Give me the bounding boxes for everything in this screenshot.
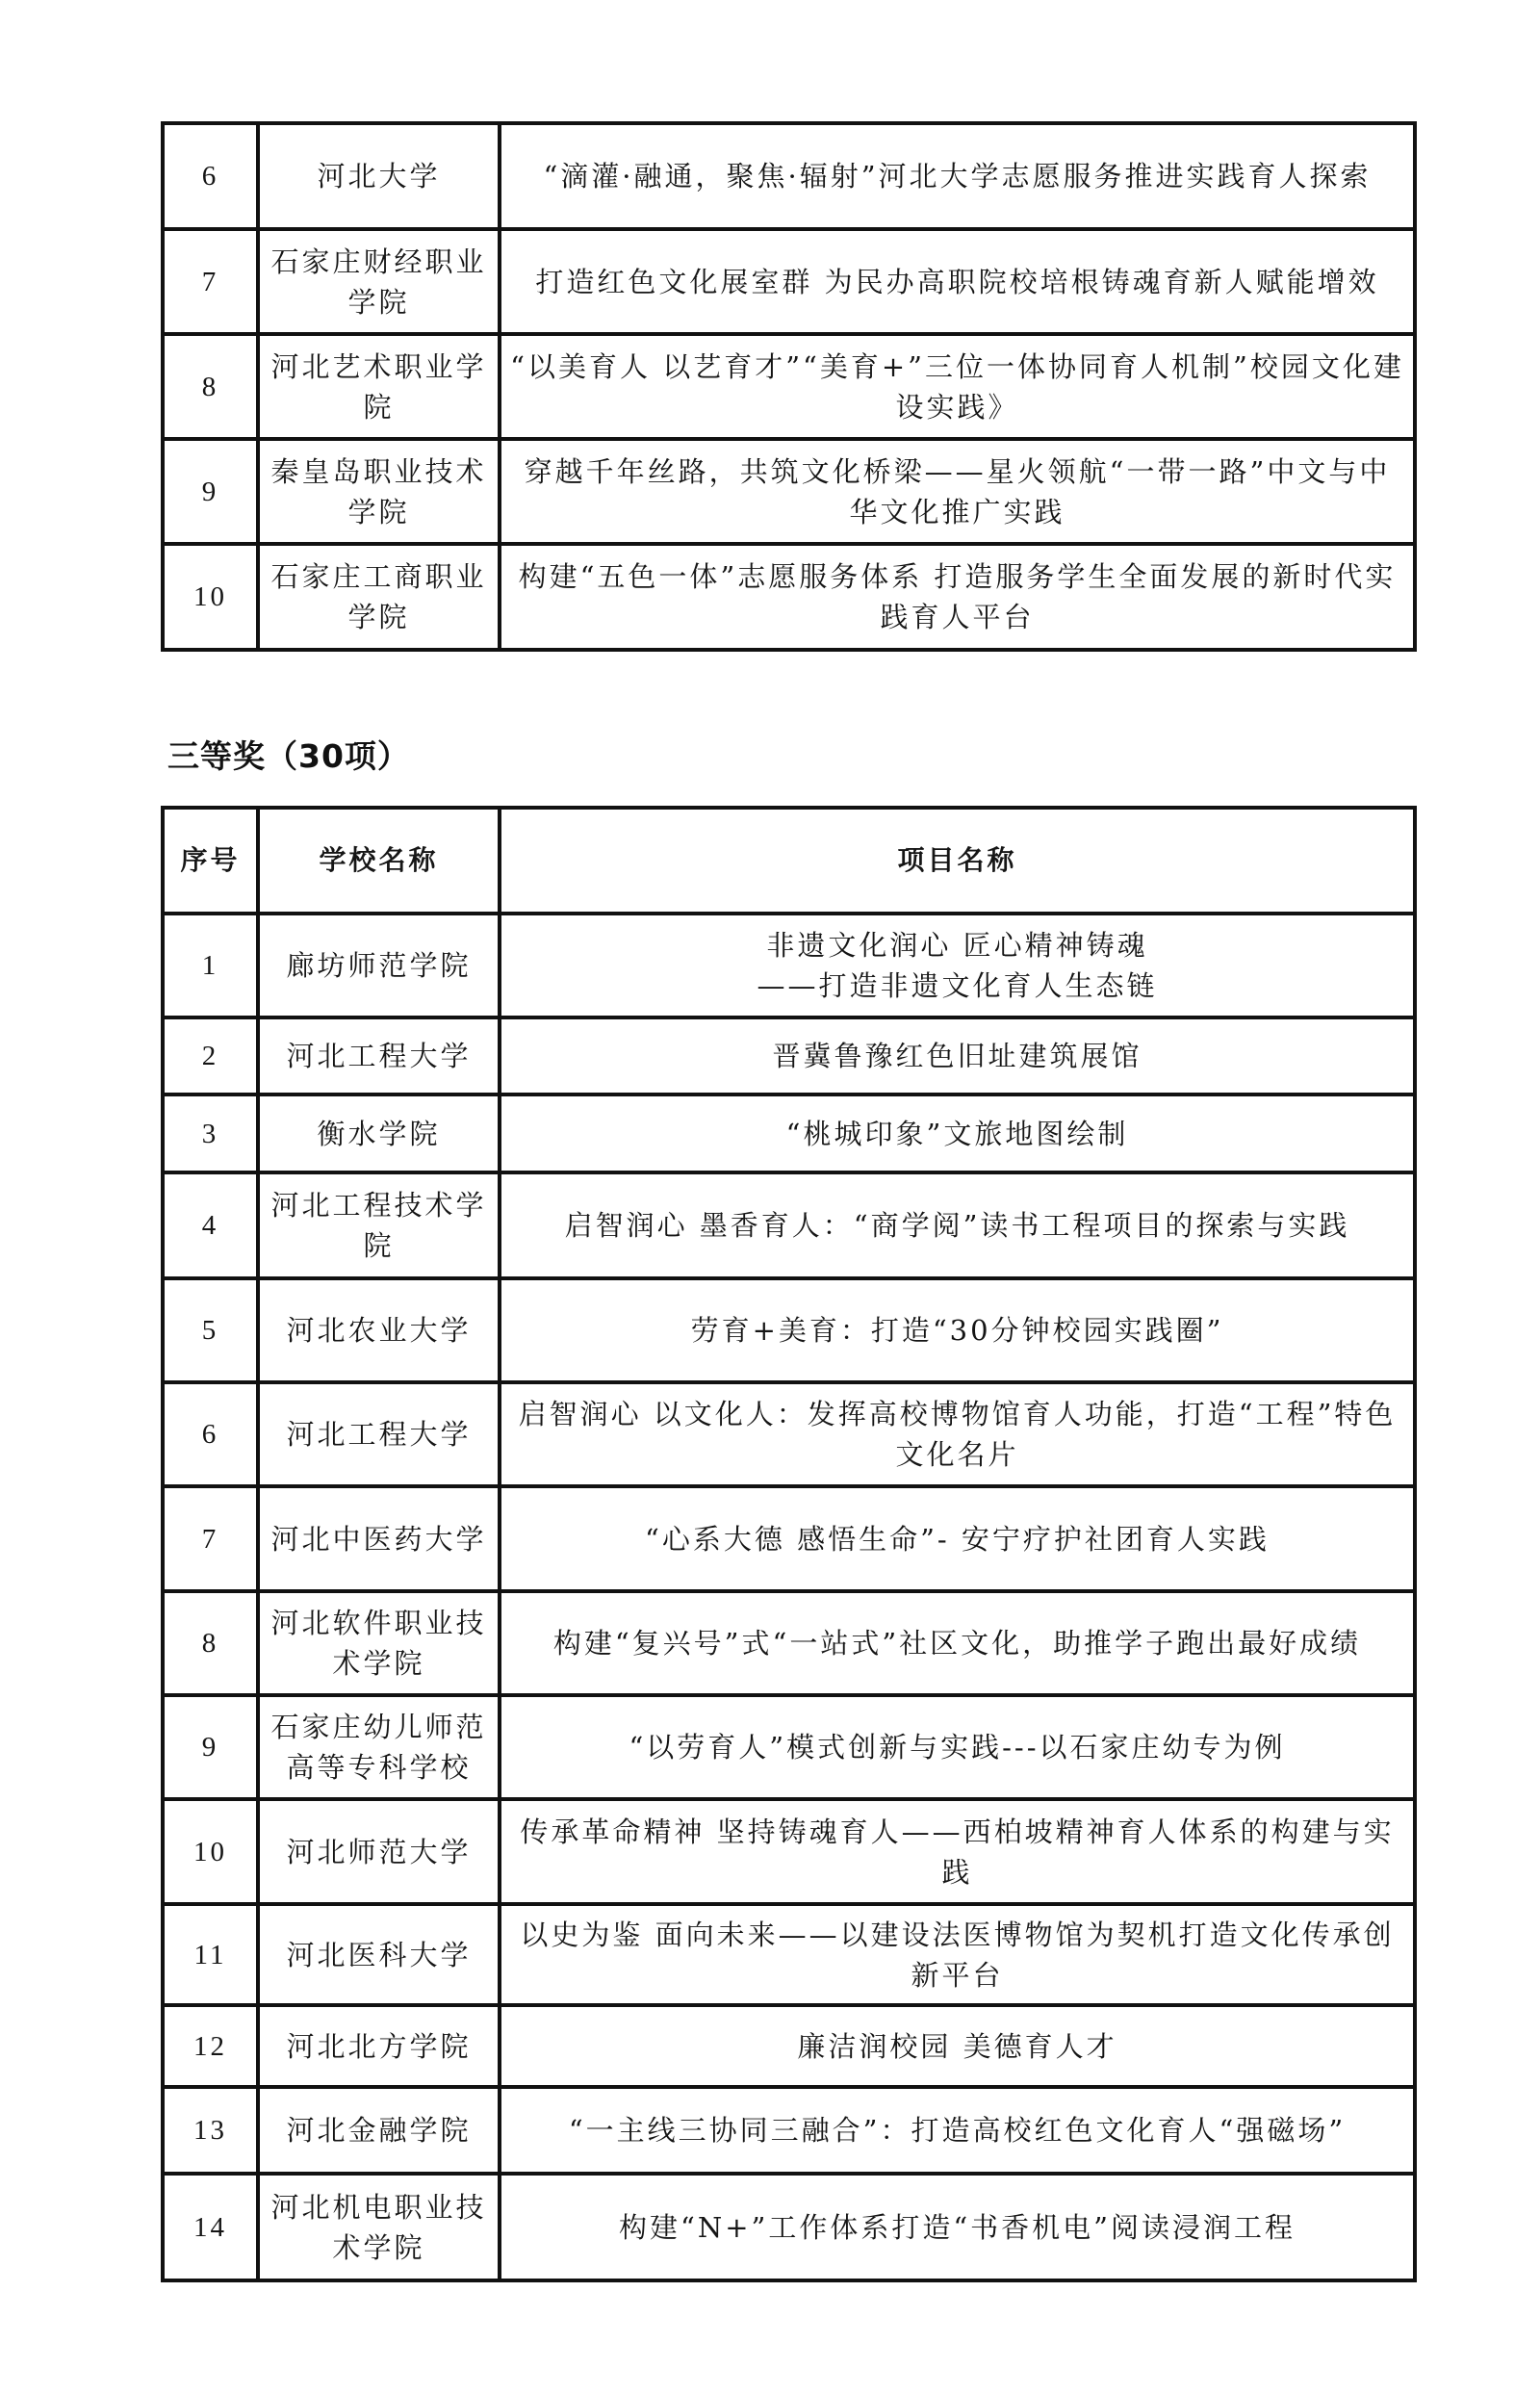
table-row: 6河北工程大学启智润心 以文化人：发挥高校博物馆育人功能，打造“工程”特色文化名… <box>163 1382 1415 1486</box>
table-row: 12河北北方学院廉洁润校园 美德育人才 <box>163 2005 1415 2087</box>
cell-no: 7 <box>163 1486 258 1591</box>
table-row: 8河北软件职业技术学院构建“复兴号”式“一站式”社区文化，助推学子跑出最好成绩 <box>163 1591 1415 1695</box>
table-row: 4河北工程技术学院启智润心 墨香育人：“商学阅”读书工程项目的探索与实践 <box>163 1172 1415 1278</box>
cell-school: 河北大学 <box>258 123 500 229</box>
second-prize-table-continued: 6河北大学“滴灌·融通，聚焦·辐射”河北大学志愿服务推进实践育人探索7石家庄财经… <box>161 121 1417 652</box>
cell-project: 启智润心 以文化人：发挥高校博物馆育人功能，打造“工程”特色文化名片 <box>500 1382 1415 1486</box>
cell-school: 河北工程大学 <box>258 1017 500 1094</box>
table-row: 2河北工程大学晋冀鲁豫红色旧址建筑展馆 <box>163 1017 1415 1094</box>
table-row: 9秦皇岛职业技术学院穿越千年丝路，共筑文化桥梁——星火领航“一带一路”中文与中华… <box>163 439 1415 544</box>
cell-project: “一主线三协同三融合”：打造高校红色文化育人“强磁场” <box>500 2087 1415 2174</box>
cell-project: 非遗文化润心 匠心精神铸魂 ——打造非遗文化育人生态链 <box>500 914 1415 1017</box>
cell-no: 2 <box>163 1017 258 1094</box>
cell-project: 构建“N+”工作体系打造“书香机电”阅读浸润工程 <box>500 2174 1415 2280</box>
table-row: 10河北师范大学传承革命精神 坚持铸魂育人——西柏坡精神育人体系的构建与实践 <box>163 1799 1415 1904</box>
table-header: 序号 学校名称 项目名称 <box>163 808 1415 914</box>
cell-no: 1 <box>163 914 258 1017</box>
cell-no: 8 <box>163 334 258 439</box>
cell-project: 打造红色文化展室群 为民办高职院校培根铸魂育新人赋能增效 <box>500 229 1415 334</box>
cell-school: 河北机电职业技术学院 <box>258 2174 500 2280</box>
cell-project: “以劳育人”模式创新与实践---以石家庄幼专为例 <box>500 1695 1415 1799</box>
table-row: 8河北艺术职业学院“以美育人 以艺育才”“美育+”三位一体协同育人机制”校园文化… <box>163 334 1415 439</box>
cell-project: 传承革命精神 坚持铸魂育人——西柏坡精神育人体系的构建与实践 <box>500 1799 1415 1904</box>
cell-school: 河北艺术职业学院 <box>258 334 500 439</box>
cell-school: 河北农业大学 <box>258 1278 500 1382</box>
table-row: 1廊坊师范学院非遗文化润心 匠心精神铸魂 ——打造非遗文化育人生态链 <box>163 914 1415 1017</box>
cell-no: 11 <box>163 1904 258 2005</box>
cell-no: 5 <box>163 1278 258 1382</box>
cell-school: 河北软件职业技术学院 <box>258 1591 500 1695</box>
table-row: 7石家庄财经职业学院打造红色文化展室群 为民办高职院校培根铸魂育新人赋能增效 <box>163 229 1415 334</box>
cell-school: 河北工程大学 <box>258 1382 500 1486</box>
cell-school: 河北金融学院 <box>258 2087 500 2174</box>
table-body: 6河北大学“滴灌·融通，聚焦·辐射”河北大学志愿服务推进实践育人探索7石家庄财经… <box>163 123 1415 650</box>
cell-no: 8 <box>163 1591 258 1695</box>
cell-school: 石家庄工商职业学院 <box>258 544 500 650</box>
table-row: 11河北医科大学以史为鉴 面向未来——以建设法医博物馆为契机打造文化传承创新平台 <box>163 1904 1415 2005</box>
cell-school: 河北中医药大学 <box>258 1486 500 1591</box>
cell-project: “以美育人 以艺育才”“美育+”三位一体协同育人机制”校园文化建设实践》 <box>500 334 1415 439</box>
table-row: 9石家庄幼儿师范高等专科学校“以劳育人”模式创新与实践---以石家庄幼专为例 <box>163 1695 1415 1799</box>
table-row: 3衡水学院“桃城印象”文旅地图绘制 <box>163 1094 1415 1172</box>
cell-school: 秦皇岛职业技术学院 <box>258 439 500 544</box>
cell-school: 石家庄财经职业学院 <box>258 229 500 334</box>
cell-project: “滴灌·融通，聚焦·辐射”河北大学志愿服务推进实践育人探索 <box>500 123 1415 229</box>
cell-no: 10 <box>163 1799 258 1904</box>
cell-project: 穿越千年丝路，共筑文化桥梁——星火领航“一带一路”中文与中华文化推广实践 <box>500 439 1415 544</box>
header-project: 项目名称 <box>500 808 1415 914</box>
cell-no: 9 <box>163 1695 258 1799</box>
header-row: 序号 学校名称 项目名称 <box>163 808 1415 914</box>
cell-project: 以史为鉴 面向未来——以建设法医博物馆为契机打造文化传承创新平台 <box>500 1904 1415 2005</box>
cell-project: 构建“五色一体”志愿服务体系 打造服务学生全面发展的新时代实践育人平台 <box>500 544 1415 650</box>
cell-no: 10 <box>163 544 258 650</box>
cell-project: “心系大德 感悟生命”- 安宁疗护社团育人实践 <box>500 1486 1415 1591</box>
header-no: 序号 <box>163 808 258 914</box>
cell-project: 启智润心 墨香育人：“商学阅”读书工程项目的探索与实践 <box>500 1172 1415 1278</box>
table-row: 13河北金融学院“一主线三协同三融合”：打造高校红色文化育人“强磁场” <box>163 2087 1415 2174</box>
cell-no: 4 <box>163 1172 258 1278</box>
cell-school: 廊坊师范学院 <box>258 914 500 1017</box>
table-row: 6河北大学“滴灌·融通，聚焦·辐射”河北大学志愿服务推进实践育人探索 <box>163 123 1415 229</box>
cell-no: 9 <box>163 439 258 544</box>
table-row: 7河北中医药大学“心系大德 感悟生命”- 安宁疗护社团育人实践 <box>163 1486 1415 1591</box>
cell-no: 14 <box>163 2174 258 2280</box>
cell-project: 劳育+美育：打造“30分钟校园实践圈” <box>500 1278 1415 1382</box>
cell-no: 6 <box>163 1382 258 1486</box>
cell-no: 12 <box>163 2005 258 2087</box>
table-row: 14河北机电职业技术学院构建“N+”工作体系打造“书香机电”阅读浸润工程 <box>163 2174 1415 2280</box>
cell-school: 石家庄幼儿师范高等专科学校 <box>258 1695 500 1799</box>
cell-project: 晋冀鲁豫红色旧址建筑展馆 <box>500 1017 1415 1094</box>
third-prize-table: 序号 学校名称 项目名称 1廊坊师范学院非遗文化润心 匠心精神铸魂 ——打造非遗… <box>161 806 1417 2282</box>
cell-no: 6 <box>163 123 258 229</box>
cell-project: 构建“复兴号”式“一站式”社区文化，助推学子跑出最好成绩 <box>500 1591 1415 1695</box>
cell-school: 河北工程技术学院 <box>258 1172 500 1278</box>
cell-school: 河北北方学院 <box>258 2005 500 2087</box>
cell-no: 13 <box>163 2087 258 2174</box>
section-title-third-prize: 三等奖（30项） <box>167 732 410 777</box>
cell-school: 河北师范大学 <box>258 1799 500 1904</box>
cell-school: 河北医科大学 <box>258 1904 500 2005</box>
table-body: 1廊坊师范学院非遗文化润心 匠心精神铸魂 ——打造非遗文化育人生态链2河北工程大… <box>163 914 1415 2280</box>
table-row: 5河北农业大学劳育+美育：打造“30分钟校园实践圈” <box>163 1278 1415 1382</box>
table-row: 10石家庄工商职业学院构建“五色一体”志愿服务体系 打造服务学生全面发展的新时代… <box>163 544 1415 650</box>
cell-school: 衡水学院 <box>258 1094 500 1172</box>
cell-no: 3 <box>163 1094 258 1172</box>
header-school: 学校名称 <box>258 808 500 914</box>
cell-no: 7 <box>163 229 258 334</box>
cell-project: “桃城印象”文旅地图绘制 <box>500 1094 1415 1172</box>
cell-project: 廉洁润校园 美德育人才 <box>500 2005 1415 2087</box>
